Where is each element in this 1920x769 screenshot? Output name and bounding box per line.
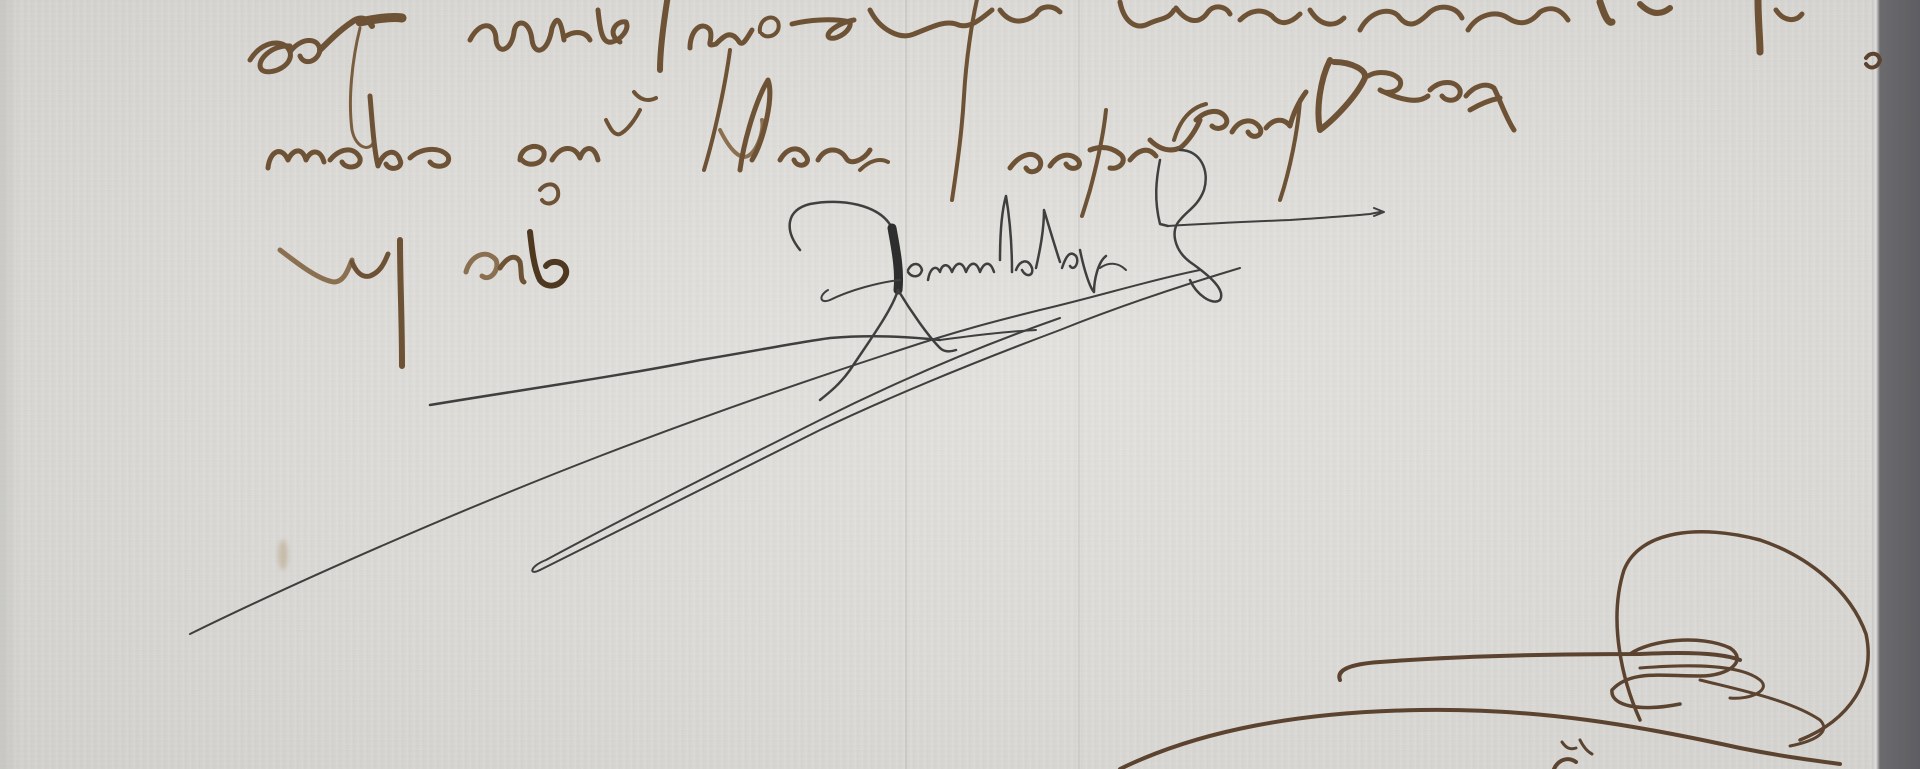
manuscript-photo: paz ... con la ... honesta ... seran ...… <box>0 0 1920 769</box>
handwriting-line-2 <box>268 50 1514 216</box>
handwriting-line-3 <box>280 184 566 366</box>
ink-strokes <box>0 0 1920 769</box>
signature-grey <box>190 150 1384 634</box>
rubric-brown <box>1120 54 1880 769</box>
